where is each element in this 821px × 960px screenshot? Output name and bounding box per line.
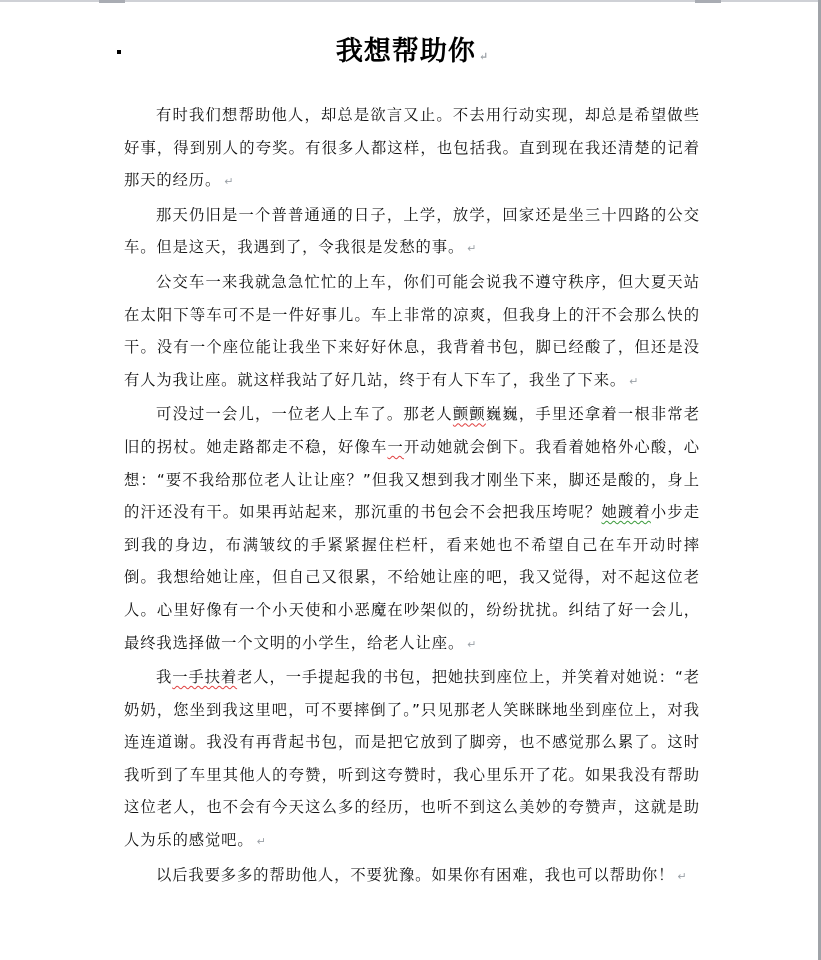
paragraph-6[interactable]: 以后我要多多的帮助他人，不要犹豫。如果你有困难，我也可以帮助你！↵	[124, 859, 700, 894]
paragraph-mark-icon: ↵	[467, 638, 476, 651]
paragraph-4[interactable]: 可没过一会儿，一位老人上车了。那老人颤颤巍巍，手里还拿着一根非常老旧的拐杖。她走…	[124, 398, 700, 661]
paragraph-3[interactable]: 公交车一来我就急急忙忙的上车，你们可能会说我不遵守秩序，但大夏天站在太阳下等车可…	[124, 266, 700, 398]
paragraph-mark-icon: ↵	[629, 375, 638, 388]
paragraph-mark-icon: ↵	[257, 835, 266, 848]
paragraph-mark-icon: ↵	[224, 175, 233, 188]
document-title: 我想帮助你↵	[124, 30, 700, 79]
page-margin-corner-right	[695, 0, 721, 3]
paragraph-mark-icon: ↵	[479, 50, 488, 63]
paragraph-mark-icon: ↵	[467, 242, 476, 255]
paragraph-1[interactable]: 有时我们想帮助他人，却总是欲言又止。不去用行动实现，却总是希望做些好事，得到别人…	[124, 99, 700, 199]
spelling-error-underline[interactable]: 颤颤	[453, 405, 486, 423]
paragraph-5[interactable]: 我一手扶着老人，一手提起我的书包，把她扶到座位上，并笑着对她说：“老奶奶，您坐到…	[124, 661, 700, 859]
paragraph-2[interactable]: 那天仍旧是一个普普通通的日子，上学，放学，回家还是坐三十四路的公交车。但是这天，…	[124, 199, 700, 266]
paragraph-anchor-mark-icon	[117, 50, 121, 54]
grammar-error-underline[interactable]: 她踱着	[601, 503, 650, 521]
paragraph-mark-icon: ↵	[677, 870, 686, 883]
document-page[interactable]: 我想帮助你↵ 有时我们想帮助他人，却总是欲言又止。不去用行动实现，却总是希望做些…	[124, 30, 700, 893]
page-margin-corner-left	[99, 0, 125, 3]
spelling-error-underline[interactable]: 一手扶着	[172, 668, 237, 686]
spelling-error-underline[interactable]: 一	[387, 438, 403, 456]
